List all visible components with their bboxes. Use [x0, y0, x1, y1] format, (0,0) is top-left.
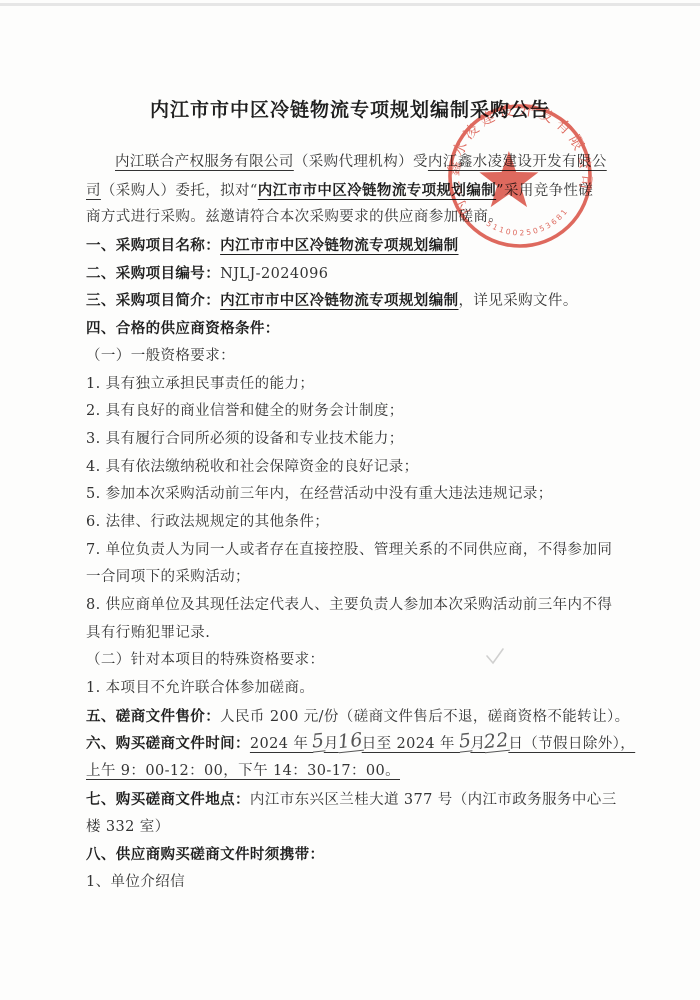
text-segment: 楼 332 室） [86, 819, 170, 835]
text-segment: （采购代理机构）受 [294, 154, 428, 170]
text-line: 六、购买磋商文件时间：2024 年 5月16日至 2024 年 5月22日（节假… [86, 730, 626, 758]
text-segment: 具有行贿犯罪记录. [86, 625, 210, 641]
text-segment: （一）一般资格要求： [86, 348, 235, 364]
text-line: 具有行贿犯罪记录. [86, 620, 626, 648]
text-segment: 二、采购项目编号： [86, 265, 220, 282]
text-segment: 八、供应商购买磋商文件时须携带： [86, 846, 324, 863]
text-segment: 7. 单位负责人为同一人或者存在直接控股、管理关系的不同供应商，不得参加同 [86, 542, 612, 558]
text-segment: 内江鑫水凌建设开发有限公 [428, 154, 607, 170]
text-line: 5. 参加本次采购活动前三年内，在经营活动中没有重大违法违规记录； [86, 481, 626, 509]
text-segment: 日至 2024 年 [362, 736, 460, 752]
text-segment: 月 [324, 736, 339, 752]
text-segment: 6. 法律、行政法规规定的其他条件； [86, 514, 329, 530]
text-segment: 内江市市中区冷链物流专项规划编制 [220, 237, 458, 254]
text-segment: 上午 9：00-12：00，下午 14：30-17：00。 [86, 763, 400, 779]
text-line: 2. 具有良好的商业信誉和健全的财务会计制度； [86, 398, 626, 426]
text-segment: 内江市市中区冷链物流专项规划编制 [220, 292, 458, 309]
text-line: 三、采购项目简介：内江市市中区冷链物流专项规划编制，详见采购文件。 [86, 287, 626, 315]
text-line: 七、购买磋商文件地点：内江市东兴区兰桂大道 377 号（内江市政务服务中心三 [86, 786, 626, 814]
text-segment: 日（节假日除外）， [508, 736, 635, 752]
text-line: 上午 9：00-12：00，下午 14：30-17：00。 [86, 758, 626, 786]
text-segment: 商方式进行采购。兹邀请符合本次采购要求的供应商参加磋商。 [86, 209, 503, 225]
text-segment: （采购人）委托，拟对“ [101, 183, 258, 199]
text-line: 二、采购项目编号：NJLJ-2024096 [86, 260, 626, 288]
text-line: （一）一般资格要求： [86, 343, 626, 371]
text-line: 一、采购项目名称：内江市市中区冷链物流专项规划编制 [86, 232, 626, 260]
text-segment: 三、采购项目简介： [86, 292, 220, 309]
document-body: 内江联合产权服务有限公司（采购代理机构）受内江鑫水凌建设开发有限公司（采购人）委… [86, 149, 626, 897]
text-line: 八、供应商购买磋商文件时须携带： [86, 841, 626, 869]
photo-scan-edge [0, 3, 700, 6]
text-segment: 七、购买磋商文件地点： [86, 791, 250, 808]
text-line: 一合同项下的采购活动； [86, 564, 626, 592]
text-segment: 内江市市中区冷链物流专项规划编制 [258, 182, 496, 199]
text-segment: 5. 参加本次采购活动前三年内，在经营活动中没有重大违法违规记录； [86, 486, 553, 502]
text-segment: 2024 年 [250, 736, 313, 752]
text-segment: ”采用竞争性磋 [496, 183, 593, 199]
handwritten-date-digit: 22 [483, 731, 510, 753]
text-line: 商方式进行采购。兹邀请符合本次采购要求的供应商参加磋商。 [86, 204, 626, 232]
text-segment: 1. 具有独立承担民事责任的能力； [86, 376, 314, 392]
text-segment: 1. 本项目不允许联合体参加磋商。 [86, 680, 314, 696]
text-segment: 六、购买磋商文件时间： [86, 735, 250, 752]
text-segment: 司 [86, 183, 101, 199]
text-segment: NJLJ-2024096 [220, 266, 328, 282]
text-line: 3. 具有履行合同所必须的设备和专业技术能力； [86, 426, 626, 454]
handwritten-date-digit: 5 [311, 732, 325, 752]
text-segment: 五、磋商文件售价： [86, 708, 220, 725]
text-segment: （二）针对本项目的特殊资格要求： [86, 652, 324, 668]
text-line: （二）针对本项目的特殊资格要求： [86, 647, 626, 675]
text-segment: 内江市东兴区兰桂大道 377 号（内江市政务服务中心三 [250, 792, 617, 808]
page-title: 内江市市中区冷链物流专项规划编制采购公告 [0, 95, 700, 122]
text-segment: ，详见采购文件。 [459, 293, 578, 309]
text-segment: 4. 具有依法缴纳税收和社会保障资金的良好记录； [86, 459, 419, 475]
text-segment: 3. 具有履行合同所必须的设备和专业技术能力； [86, 431, 404, 447]
text-line: 四、合格的供应商资格条件： [86, 315, 626, 343]
handwritten-date-digit: 16 [337, 731, 364, 753]
text-line: 1. 具有独立承担民事责任的能力； [86, 371, 626, 399]
text-line: 4. 具有依法缴纳税收和社会保障资金的良好记录； [86, 454, 626, 482]
text-line: 1. 本项目不允许联合体参加磋商。 [86, 675, 626, 703]
text-segment: 1、单位介绍信 [86, 874, 185, 890]
text-segment: 一合同项下的采购活动； [86, 569, 250, 585]
text-line: 1、单位介绍信 [86, 869, 626, 897]
text-segment: 四、合格的供应商资格条件： [86, 320, 280, 337]
text-segment: 一、采购项目名称： [86, 237, 220, 254]
text-line: 8. 供应商单位及其现任法定代表人、主要负责人参加本次采购活动前三年内不得 [86, 592, 626, 620]
handwritten-date-digit: 5 [458, 732, 472, 752]
text-segment: 2. 具有良好的商业信誉和健全的财务会计制度； [86, 403, 404, 419]
text-line: 楼 332 室） [86, 814, 626, 842]
text-segment: 内江联合产权服务有限公司 [115, 154, 294, 170]
text-line: 内江联合产权服务有限公司（采购代理机构）受内江鑫水凌建设开发有限公 [86, 149, 626, 177]
text-segment: 8. 供应商单位及其现任法定代表人、主要负责人参加本次采购活动前三年内不得 [86, 597, 612, 613]
text-line: 7. 单位负责人为同一人或者存在直接控股、管理关系的不同供应商，不得参加同 [86, 537, 626, 565]
text-line: 五、磋商文件售价：人民币 200 元/份（磋商文件售后不退，磋商资格不能转让）。 [86, 703, 626, 731]
text-line: 司（采购人）委托，拟对“内江市市中区冷链物流专项规划编制”采用竞争性磋 [86, 177, 626, 205]
text-line: 6. 法律、行政法规规定的其他条件； [86, 509, 626, 537]
text-segment: 人民币 200 元/份（磋商文件售后不退，磋商资格不能转让）。 [220, 709, 629, 725]
